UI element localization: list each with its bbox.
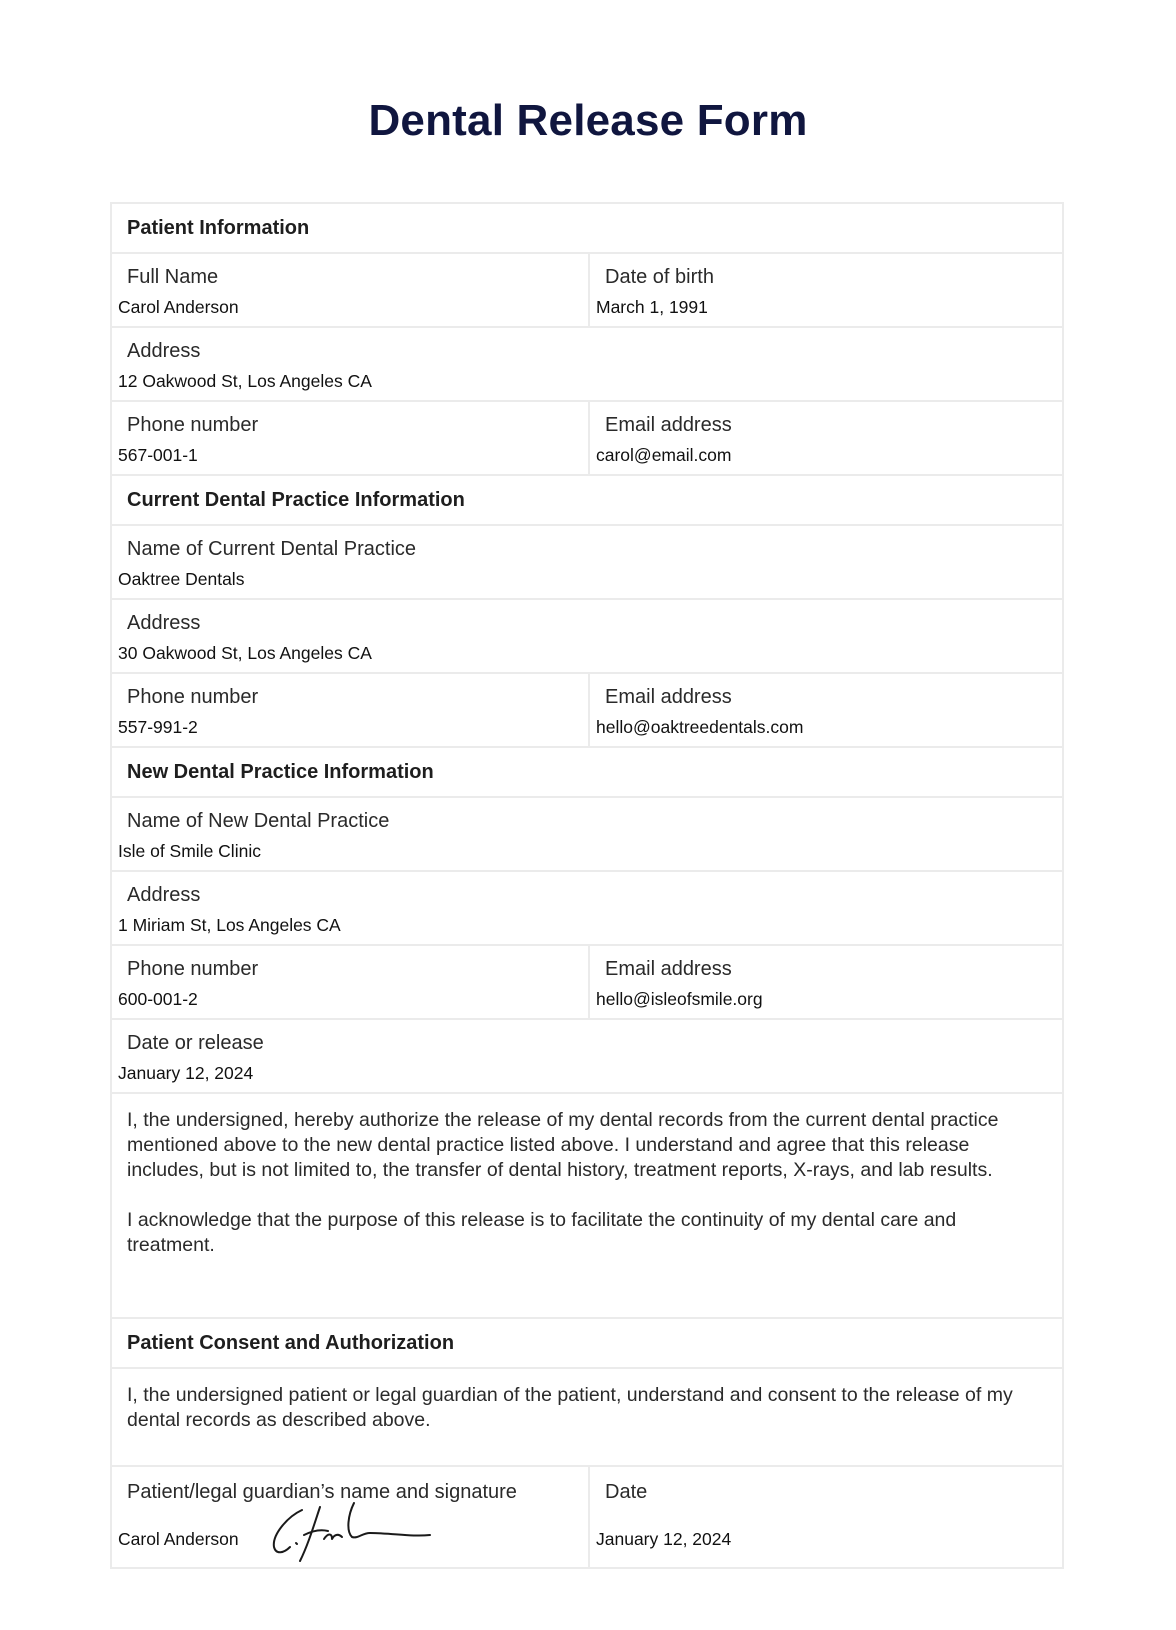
current-practice-email-field[interactable]: Email address hello@oaktreedentals.com: [590, 674, 1062, 746]
field-label: Address: [127, 612, 200, 635]
current-practice-address-row: Address 30 Oakwood St, Los Angeles CA: [112, 600, 1062, 674]
field-value: March 1, 1991: [596, 297, 708, 318]
new-practice-address-row: Address 1 Miriam St, Los Angeles CA: [112, 872, 1062, 946]
field-value: 557-991-2: [118, 717, 198, 738]
field-label: Date: [605, 1481, 647, 1504]
new-practice-address-field[interactable]: Address 1 Miriam St, Los Angeles CA: [112, 872, 1062, 944]
current-practice-phone-field[interactable]: Phone number 557-991-2: [112, 674, 590, 746]
field-label: Phone number: [127, 958, 258, 981]
patient-contact-row: Phone number 567-001-1 Email address car…: [112, 402, 1062, 476]
field-label: Address: [127, 340, 200, 363]
field-value: January 12, 2024: [596, 1529, 731, 1550]
patient-dob-field[interactable]: Date of birth March 1, 1991: [590, 254, 1062, 326]
field-label: Name of New Dental Practice: [127, 810, 389, 833]
release-date-row: Date or release January 12, 2024: [112, 1020, 1062, 1094]
field-value: hello@oaktreedentals.com: [596, 717, 803, 738]
acknowledgement-paragraph: I acknowledge that the purpose of this r…: [127, 1208, 1047, 1258]
consent-paragraph: I, the undersigned patient or legal guar…: [127, 1383, 1047, 1451]
page-title: Dental Release Form: [0, 96, 1176, 146]
section-heading-patient-information: Patient Information: [112, 204, 1062, 254]
new-practice-phone-field[interactable]: Phone number 600-001-2: [112, 946, 590, 1018]
current-practice-name-field[interactable]: Name of Current Dental Practice Oaktree …: [112, 526, 1062, 598]
authorization-paragraph: I, the undersigned, hereby authorize the…: [127, 1108, 1047, 1183]
patient-name-dob-row: Full Name Carol Anderson Date of birth M…: [112, 254, 1062, 328]
section-heading-current-practice: Current Dental Practice Information: [112, 476, 1062, 526]
patient-address-field[interactable]: Address 12 Oakwood St, Los Angeles CA: [112, 328, 1062, 400]
signature-row: Patient/legal guardian’s name and signat…: [112, 1467, 1062, 1567]
new-practice-name-field[interactable]: Name of New Dental Practice Isle of Smil…: [112, 798, 1062, 870]
field-value: Carol Anderson: [118, 1529, 239, 1550]
field-value: 567-001-1: [118, 445, 198, 466]
field-label: Phone number: [127, 414, 258, 437]
authorization-statement: I, the undersigned, hereby authorize the…: [112, 1094, 1062, 1319]
new-practice-contact-row: Phone number 600-001-2 Email address hel…: [112, 946, 1062, 1020]
patient-full-name-field[interactable]: Full Name Carol Anderson: [112, 254, 590, 326]
field-value: carol@email.com: [596, 445, 731, 466]
patient-email-field[interactable]: Email address carol@email.com: [590, 402, 1062, 474]
field-value: Oaktree Dentals: [118, 569, 244, 590]
field-label: Email address: [605, 414, 732, 437]
field-label: Address: [127, 884, 200, 907]
new-practice-email-field[interactable]: Email address hello@isleofsmile.org: [590, 946, 1062, 1018]
field-value: January 12, 2024: [118, 1063, 253, 1084]
field-label: Email address: [605, 686, 732, 709]
current-practice-contact-row: Phone number 557-991-2 Email address hel…: [112, 674, 1062, 748]
new-practice-name-row: Name of New Dental Practice Isle of Smil…: [112, 798, 1062, 872]
current-practice-name-row: Name of Current Dental Practice Oaktree …: [112, 526, 1062, 600]
field-value: Carol Anderson: [118, 297, 239, 318]
field-label: Email address: [605, 958, 732, 981]
patient-address-row: Address 12 Oakwood St, Los Angeles CA: [112, 328, 1062, 402]
field-value: 600-001-2: [118, 989, 198, 1010]
field-value: 1 Miriam St, Los Angeles CA: [118, 915, 341, 936]
release-form: Patient Information Full Name Carol Ande…: [110, 202, 1064, 1569]
field-value: Isle of Smile Clinic: [118, 841, 261, 862]
field-label: Phone number: [127, 686, 258, 709]
section-heading-consent: Patient Consent and Authorization: [112, 1319, 1062, 1369]
consent-statement: I, the undersigned patient or legal guar…: [112, 1369, 1062, 1467]
field-label: Name of Current Dental Practice: [127, 538, 416, 561]
field-value: hello@isleofsmile.org: [596, 989, 763, 1010]
field-label: Full Name: [127, 266, 218, 289]
signature-date-field[interactable]: Date January 12, 2024: [590, 1467, 1062, 1567]
section-heading-new-practice: New Dental Practice Information: [112, 748, 1062, 798]
field-value: 30 Oakwood St, Los Angeles CA: [118, 643, 372, 664]
signature-field[interactable]: Patient/legal guardian’s name and signat…: [112, 1467, 590, 1567]
field-value: 12 Oakwood St, Los Angeles CA: [118, 371, 372, 392]
patient-phone-field[interactable]: Phone number 567-001-1: [112, 402, 590, 474]
current-practice-address-field[interactable]: Address 30 Oakwood St, Los Angeles CA: [112, 600, 1062, 672]
release-date-field[interactable]: Date or release January 12, 2024: [112, 1020, 1062, 1092]
field-label: Date or release: [127, 1032, 264, 1055]
handwritten-signature-icon: [262, 1495, 442, 1565]
field-label: Date of birth: [605, 266, 714, 289]
